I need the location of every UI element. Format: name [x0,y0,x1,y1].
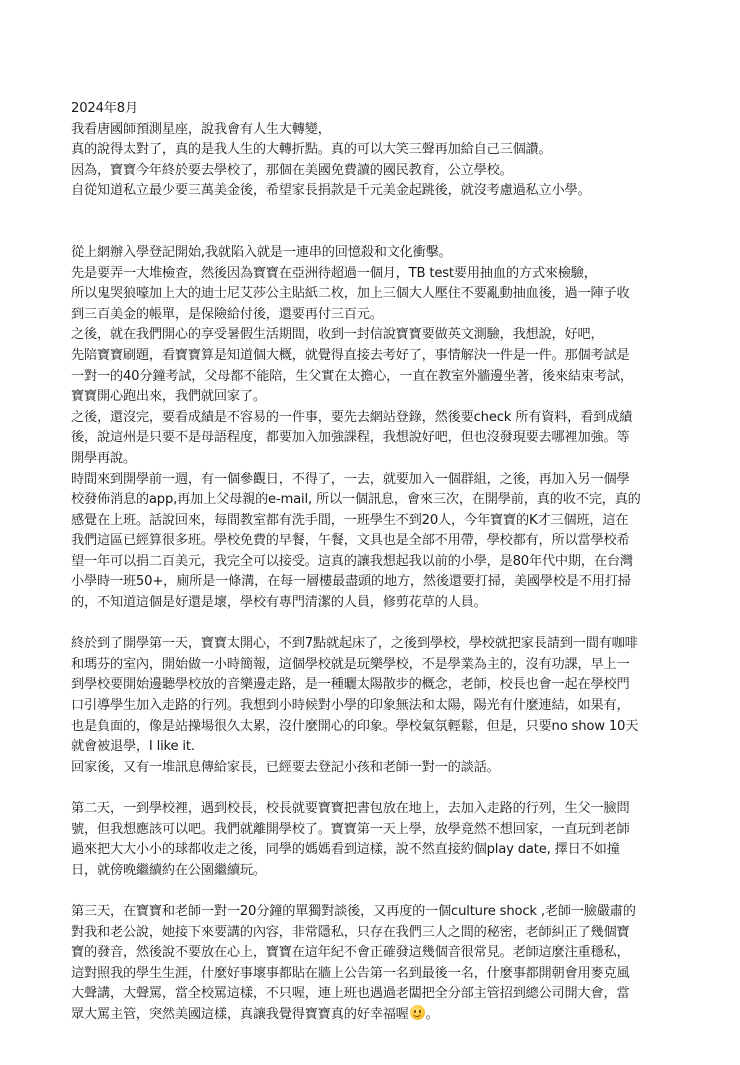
text-line: 真的說得太對了，真的是我人生的大轉折點。真的可以大笑三聲再加給自己三個讚。 [71,140,683,161]
text-line: 第二天，一到學校裡，遇到校長，校長就要寶寶把書包放在地上，去加入走路的行列，生父… [71,799,683,820]
text-line: 時間來到開學前一週，有一個參觀日，不得了，一去，就要加入一個群組，之後，再加入另… [71,470,683,491]
date-heading: 2024年8月 [71,99,683,120]
text-line: 因為，寶寶今年終於要去學校了，那個在美國免費讀的國民教育，公立學校。 [71,161,683,182]
text-line: 我看唐國師預測星座，說我會有人生大轉變， [71,120,683,141]
text-line: 小學時一班50+，廁所是一條溝，在每一層樓最盡頭的地方，然後還要打掃，美國學校是… [71,572,683,593]
text-line: 之後，還沒完，要看成績是不容易的一件事，要先去網站登錄，然後要check 所有資… [71,408,683,429]
text-line: 終於到了開學第一天，寶寶太開心，不到7點就起床了，之後到學校，學校就把家長請到一… [71,634,683,655]
text-line: 就會被退學，I like it. [71,737,683,758]
paragraph-gap [71,202,683,243]
text-line: 號，但我想應該可以吧。我們就離開學校了。寶寶第一天上學，放學竟然不想回家，一直玩… [71,820,683,841]
text-line: 望一年可以捐二百美元，我完全可以接受。這真的讓我想起我以前的小學，是80年代中期… [71,552,683,573]
text-line-last: 眾大罵主管，突然美國這樣，真讓我覺得寶寶真的好幸福喔。 [71,1005,683,1026]
paragraph-gap [71,778,683,799]
text-line: 一對一的40分鐘考試，父母都不能陪，生父實在太擔心，一直在教室外牆邊坐著，後來結… [71,367,683,388]
text-line: 過來把大大小小的球都收走之後，同學的媽媽看到這樣，說不然直接約個play dat… [71,840,683,861]
text-line: 這對照我的學生生涯，什麼好事壞事都貼在牆上公告第一名到最後一名，什麼事都開朝會用… [71,964,683,985]
text-line: 自從知道私立最少要三萬美金後，希望家長捐款是千元美金起跳後，就沒考慮過私立小學。 [71,181,683,202]
paragraph-gap [71,881,683,902]
text-line: 寶寶開心跑出來，我們就回家了。 [71,387,683,408]
paragraph-day-two: 第二天，一到學校裡，遇到校長，校長就要寶寶把書包放在地上，去加入走路的行列，生父… [71,799,683,881]
text-line: 後，說這州是只要不是母語程度，都要加入加強課程，我想說好吧，但也沒發現要去哪裡加… [71,428,683,449]
text-line: 寶的發音，然後說不要放在心上，寶寶在這年紀不會正確發這幾個音很常見。老師這麼注重… [71,943,683,964]
text-line: 之後，就在我們開心的享受暑假生活期間，收到一封信說寶寶要做英文測驗，我想說，好吧… [71,325,683,346]
text-line: 先陪寶寶刷題，看寶寶算是知道個大概，就覺得直接去考好了，事情解決一件是一件。那個… [71,346,683,367]
text-line: 對我和老公說，她接下來要講的內容，非常隱私，只存在我們三人之間的秘密，老師糾正了… [71,923,683,944]
text-line: 日，就傍晚繼續約在公園繼續玩。 [71,861,683,882]
text-line: 大聲講，大聲罵，當全校罵這樣，不只喔，連上班也遇過老闆把全分部主管招到總公司開大… [71,984,683,1005]
text-line: 開學再說。 [71,449,683,470]
paragraph-gap [71,614,683,635]
text-line: 先是要弄一大堆檢查，然後因為寶寶在亞洲待超過一個月，TB test要用抽血的方式… [71,264,683,285]
text-line: 和瑪芬的室內，開始做一小時簡報，這個學校就是玩樂學校，不是學業為主的，沒有功課，… [71,655,683,676]
text-line: 也是負面的，像是站操場很久太累，沒什麼開心的印象。學校氣氛輕鬆，但是，只要no … [71,717,683,738]
text-line: 到學校要開始邊聽學校放的音樂邊走路，是一種曬太陽散步的概念，老師，校長也會一起在… [71,675,683,696]
paragraph-day-three: 第三天，在寶寶和老師一對一20分鐘的單獨對談後，又再度的一個culture sh… [71,902,683,1026]
text-line: 我們這區已經算很多班。學校免費的早餐，午餐，文具也是全部不用帶，學校都有，所以當… [71,531,683,552]
last-line-text: 眾大罵主管，突然美國這樣，真讓我覺得寶寶真的好幸福喔 [71,1007,409,1022]
document-body: 2024年8月 我看唐國師預測星座，說我會有人生大轉變， 真的說得太對了，真的是… [71,99,683,1026]
text-line: 所以鬼哭狼嚎加上大的迪士尼艾莎公主貼紙二枚，加上三個大人壓住不要亂動抽血後，過一… [71,284,683,305]
paragraph-registration: 從上網辦入學登記開始,我就陷入就是一連串的回憶殺和文化衝擊。 先是要弄一大堆檢查… [71,243,683,614]
text-line: 回家後，又有一堆訊息傳給家長，已經要去登記小孩和老師一對一的談話。 [71,758,683,779]
last-line-end: 。 [426,1007,439,1022]
text-line: 到三百美金的帳單，是保險給付後，還要再付三百元。 [71,305,683,326]
paragraph-day-one: 終於到了開學第一天，寶寶太開心，不到7點就起床了，之後到學校，學校就把家長請到一… [71,634,683,778]
text-line: 口引導學生加入走路的行列。我想到小時候對小學的印象無法和太陽，陽光有什麼連結，如… [71,696,683,717]
text-line: 校發佈消息的app,再加上父母親的e-mail, 所以一個訊息，會來三次，在開學… [71,490,683,511]
text-line: 從上網辦入學登記開始,我就陷入就是一連串的回憶殺和文化衝擊。 [71,243,683,264]
paragraph-intro: 2024年8月 我看唐國師預測星座，說我會有人生大轉變， 真的說得太對了，真的是… [71,99,683,202]
text-line: 第三天，在寶寶和老師一對一20分鐘的單獨對談後，又再度的一個culture sh… [71,902,683,923]
text-line: 的，不知道這個是好還是壞，學校有專門清潔的人員，修剪花草的人員。 [71,593,683,614]
smiling-face-emoji-icon [410,1005,425,1020]
text-line: 感覺在上班。話說回來，每間教室都有洗手間，一班學生不到20人，今年寶寶的K才三個… [71,511,683,532]
